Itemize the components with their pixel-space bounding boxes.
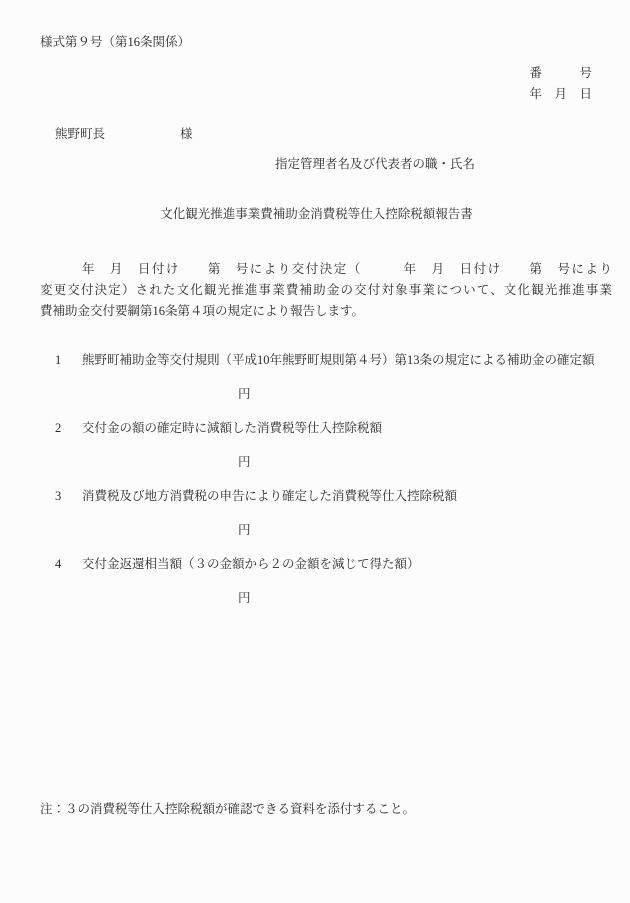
amount-unit-label: 円 <box>238 591 251 605</box>
amount-unit-label: 円 <box>238 455 251 469</box>
body-paragraph: 年 月 日付け 第 号により交付決定（ 年 月 日付け 第 号により 変更交付決… <box>40 259 615 322</box>
body-paragraph-line-2: 変更交付決定）された文化観光推進事業費補助金の交付対象事業について、文化観光推進… <box>40 280 612 301</box>
doc-number-line: 番 号 <box>40 63 592 84</box>
amount-line-4: 円 <box>238 588 615 609</box>
amount-line-3: 円 <box>238 520 615 541</box>
item-number: 1 <box>55 350 82 371</box>
amount-unit-label: 円 <box>238 387 251 401</box>
item-label: 熊野町補助金等交付規則（平成10年熊野町規則第４号）第13条の規定による補助金の… <box>82 353 595 367</box>
amount-line-2: 円 <box>238 452 615 473</box>
list-item-3: 3消費税及び地方消費税の申告により確定した消費税等仕入控除税額 <box>40 486 615 507</box>
items-section: 1熊野町補助金等交付規則（平成10年熊野町規則第４号）第13条の規定による補助金… <box>40 350 615 609</box>
document-page: 様式第９号（第16条関係） 番 号 年 月 日 熊野町長 様 指定管理者名及び代… <box>0 0 630 903</box>
body-paragraph-line-1: 年 月 日付け 第 号により交付決定（ 年 月 日付け 第 号により <box>40 259 612 280</box>
list-item-2: 2交付金の額の確定時に減額した消費税等仕入控除税額 <box>40 418 615 439</box>
amount-unit-label: 円 <box>238 523 251 537</box>
list-item-4: 4交付金返還相当額（３の金額から２の金額を減じて得た額） <box>40 554 615 575</box>
document-title: 文化観光推進事業費補助金消費税等仕入控除税額報告書 <box>40 204 593 225</box>
sender-title-label: 指定管理者名及び代表者の職・氏名 <box>275 154 615 175</box>
list-item-1: 1熊野町補助金等交付規則（平成10年熊野町規則第４号）第13条の規定による補助金… <box>40 350 615 371</box>
body-paragraph-line-3: 費補助金交付要綱第16条第４項の規定により報告します。 <box>40 301 615 322</box>
date-line: 年 月 日 <box>40 84 592 105</box>
item-label: 交付金返還相当額（３の金額から２の金額を減じて得た額） <box>82 557 420 571</box>
item-number: 3 <box>55 486 82 507</box>
amount-line-1: 円 <box>238 384 615 405</box>
item-label: 交付金の額の確定時に減額した消費税等仕入控除税額 <box>82 421 382 435</box>
item-number: 2 <box>55 418 82 439</box>
addressee: 熊野町長 様 <box>55 124 615 145</box>
footnote: 注：３の消費税等仕入控除税額が確認できる資料を添付すること。 <box>40 799 615 820</box>
item-number: 4 <box>55 554 82 575</box>
form-number: 様式第９号（第16条関係） <box>40 32 615 53</box>
number-date-block: 番 号 年 月 日 <box>40 63 592 105</box>
item-label: 消費税及び地方消費税の申告により確定した消費税等仕入控除税額 <box>82 489 457 503</box>
